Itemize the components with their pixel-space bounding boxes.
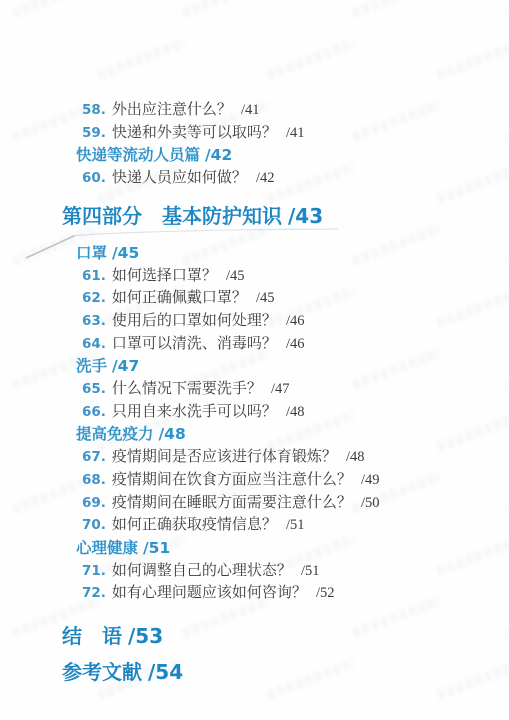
toc-closing-entry: 参考文献/54 — [0, 659, 509, 686]
toc-item-page: /51 — [286, 517, 305, 533]
toc-item: 70.如何正确获取疫情信息？/51 — [0, 514, 509, 537]
toc-item: 69.疫情期间在睡眠方面需要注意什么？/50 — [0, 492, 509, 515]
toc-item-page: /45 — [256, 290, 275, 306]
toc-part-number: 第四部分 — [62, 204, 142, 228]
toc-item-title: 如有心理问题应该如何咨询？ — [112, 585, 307, 601]
toc-item-title: 快递人员应如何做？ — [112, 170, 247, 186]
toc-item: 64.口罩可以清洗、消毒吗？/46 — [0, 333, 509, 356]
toc-closing-entry: 结 语/53 — [0, 623, 509, 650]
toc-item-number: 59. — [82, 125, 106, 141]
toc-item-title: 使用后的口罩如何处理？ — [112, 313, 277, 329]
toc-item-page: /48 — [286, 404, 305, 420]
toc-item-page: /50 — [361, 495, 380, 511]
toc-item: 58.外出应注意什么？/41 — [0, 99, 509, 122]
toc-item-title: 口罩可以清洗、消毒吗？ — [112, 336, 277, 352]
toc-item-number: 61. — [82, 268, 106, 284]
toc-item-page: /49 — [361, 472, 380, 488]
toc-item: 60.快递人员应如何做？/42 — [0, 167, 509, 190]
toc-section-page: /48 — [159, 425, 186, 443]
toc-section-page: /51 — [143, 539, 170, 557]
toc-section-heading: 提高免疫力/48 — [0, 423, 509, 446]
toc-item: 67.疫情期间是否应该进行体育锻炼？/48 — [0, 446, 509, 469]
toc-section-label: 心理健康 — [76, 539, 138, 557]
toc-item-page: /45 — [226, 268, 245, 284]
toc-item-number: 58. — [82, 102, 106, 118]
toc-section-label: 洗手 — [76, 357, 107, 375]
toc-section-heading: 心理健康/51 — [0, 537, 509, 560]
toc-section-heading: 快递等流动人员篇/42 — [0, 144, 509, 167]
toc-item-page: /42 — [256, 170, 275, 186]
toc-part-heading: 第四部分基本防护知识/43 — [0, 202, 509, 230]
toc-part-page: /43 — [288, 204, 323, 228]
toc-item-title: 只用自来水洗手可以吗？ — [112, 404, 277, 420]
toc-item-title: 快递和外卖等可以取吗？ — [112, 125, 277, 141]
toc-item-page: /51 — [301, 563, 320, 579]
toc-item-title: 如何选择口罩？ — [112, 268, 217, 284]
toc-section-heading: 口罩/45 — [0, 242, 509, 265]
toc-item: 68.疫情期间在饮食方面应当注意什么？/49 — [0, 469, 509, 492]
toc-item-number: 72. — [82, 585, 106, 601]
toc-section-page: /47 — [112, 357, 139, 375]
toc-item-page: /52 — [316, 585, 335, 601]
toc-item-title: 如何调整自己的心理状态？ — [112, 563, 292, 579]
toc-item: 59.快递和外卖等可以取吗？/41 — [0, 122, 509, 145]
toc-item-number: 66. — [82, 404, 106, 420]
toc-item-title: 外出应注意什么？ — [112, 102, 232, 118]
toc-item-number: 64. — [82, 336, 106, 352]
toc-item-title: 疫情期间在睡眠方面需要注意什么？ — [112, 495, 352, 511]
toc-item-number: 60. — [82, 170, 106, 186]
toc-item-number: 65. — [82, 381, 106, 397]
toc-section-label: 提高免疫力 — [76, 425, 154, 443]
toc-item-page: /48 — [346, 449, 365, 465]
toc-item-page: /46 — [286, 336, 305, 352]
toc-closing-page: /54 — [148, 660, 183, 684]
toc-part-title: 基本防护知识 — [162, 204, 282, 228]
toc-item: 62.如何正确佩戴口罩？/45 — [0, 287, 509, 310]
toc-item: 71.如何调整自己的心理状态？/51 — [0, 560, 509, 583]
toc-section-label: 口罩 — [76, 244, 107, 262]
toc-item: 61.如何选择口罩？/45 — [0, 265, 509, 288]
toc-closing-label: 参考文献 — [62, 660, 142, 684]
toc-item: 72.如有心理问题应该如何咨询？/52 — [0, 582, 509, 605]
toc-page: 58.外出应注意什么？/41 59.快递和外卖等可以取吗？/41 快递等流动人员… — [0, 0, 509, 720]
toc-section-page: /42 — [205, 146, 232, 164]
toc-item-title: 疫情期间在饮食方面应当注意什么？ — [112, 472, 352, 488]
toc-item-page: /47 — [271, 381, 290, 397]
toc-section-heading: 洗手/47 — [0, 355, 509, 378]
toc-content: 58.外出应注意什么？/41 59.快递和外卖等可以取吗？/41 快递等流动人员… — [0, 0, 509, 686]
toc-item-number: 71. — [82, 563, 106, 579]
toc-item: 66.只用自来水洗手可以吗？/48 — [0, 401, 509, 424]
toc-item-title: 什么情况下需要洗手？ — [112, 381, 262, 397]
toc-item-title: 如何正确佩戴口罩？ — [112, 290, 247, 306]
toc-item: 65.什么情况下需要洗手？/47 — [0, 378, 509, 401]
toc-item-page: /46 — [286, 313, 305, 329]
toc-closing-label: 结 语 — [62, 624, 122, 648]
toc-item-number: 63. — [82, 313, 106, 329]
toc-closing-page: /53 — [128, 624, 163, 648]
toc-item-number: 69. — [82, 495, 106, 511]
toc-item-number: 62. — [82, 290, 106, 306]
toc-item-number: 67. — [82, 449, 106, 465]
toc-item: 63.使用后的口罩如何处理？/46 — [0, 310, 509, 333]
toc-item-page: /41 — [241, 102, 260, 118]
toc-section-label: 快递等流动人员篇 — [76, 146, 200, 164]
toc-item-page: /41 — [286, 125, 305, 141]
toc-section-page: /45 — [112, 244, 139, 262]
toc-item-number: 68. — [82, 472, 106, 488]
toc-item-number: 70. — [82, 517, 106, 533]
toc-item-title: 如何正确获取疫情信息？ — [112, 517, 277, 533]
toc-item-title: 疫情期间是否应该进行体育锻炼？ — [112, 449, 337, 465]
